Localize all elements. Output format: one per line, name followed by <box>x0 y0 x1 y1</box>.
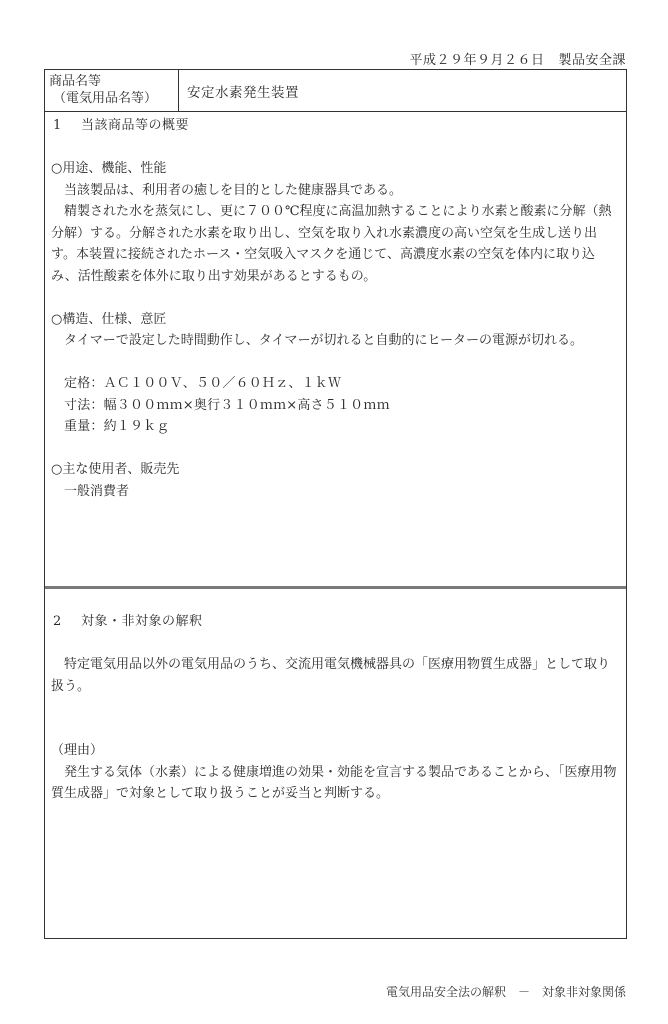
users-value: 一般消費者 <box>51 481 620 503</box>
usage-heading: ○用途、機能、性能 <box>51 158 620 180</box>
department: 製品安全課 <box>558 53 626 68</box>
section-overview: 1当該商品等の概要 ○用途、機能、性能 当該製品は、利用者の癒しを目的とした健康… <box>45 112 626 589</box>
structure-paragraph: タイマーで設定した時間動作し、タイマーが切れると自動的にヒーターの電源が切れる。 <box>51 330 620 352</box>
interpretation-paragraph: 特定電気用品以外の電気用品のうち、交流用電気機械器具の「医療用物質生成器」として… <box>51 654 620 697</box>
usage-paragraph: 精製された水を蒸気にし、更に７００℃程度に高温加熱することにより水素と酸素に分解… <box>51 201 620 287</box>
structure-heading: ○構造、仕様、意匠 <box>51 309 620 331</box>
reason-paragraph: 発生する気体（水素）による健康増進の効果・効能を宣言する製品であることから、「医… <box>51 762 620 805</box>
usage-paragraph: 当該製品は、利用者の癒しを目的とした健康器具である。 <box>51 180 620 202</box>
users-heading: ○主な使用者、販売先 <box>51 459 620 481</box>
document-form: 商品名等 （電気用品名等） 安定水素発生装置 1当該商品等の概要 ○用途、機能、… <box>44 69 627 939</box>
document-footer: 電気用品安全法の解釈 － 対象非対象関係 <box>386 983 626 1000</box>
section-interpretation: 2対象・非対象の解釈 特定電気用品以外の電気用品のうち、交流用電気機械器具の「医… <box>45 589 626 938</box>
spec-rating: 定格：ＡＣ１００Ｖ、５０／６０Ｈｚ、１ｋＷ <box>51 373 620 395</box>
document-header: 平成２９年９月２６日製品安全課 <box>409 49 626 68</box>
reason-heading: （理由） <box>51 740 620 762</box>
section-overview-title: 1当該商品等の概要 <box>51 115 620 137</box>
product-name-row: 商品名等 （電気用品名等） 安定水素発生装置 <box>45 70 626 112</box>
spec-dimensions: 寸法：幅３００ｍｍ×奥行３１０ｍｍ×高さ５１０ｍｍ <box>51 395 620 417</box>
section-interpretation-title: 2対象・非対象の解釈 <box>51 611 620 633</box>
document-date: 平成２９年９月２６日 <box>409 53 544 68</box>
product-name-label: 商品名等 （電気用品名等） <box>45 70 179 111</box>
spec-weight: 重量：約１９ｋｇ <box>51 416 620 438</box>
product-name-label-line1: 商品名等 <box>49 74 101 89</box>
product-name-value: 安定水素発生装置 <box>179 70 626 111</box>
product-name-label-line2: （電気用品名等） <box>49 90 178 107</box>
